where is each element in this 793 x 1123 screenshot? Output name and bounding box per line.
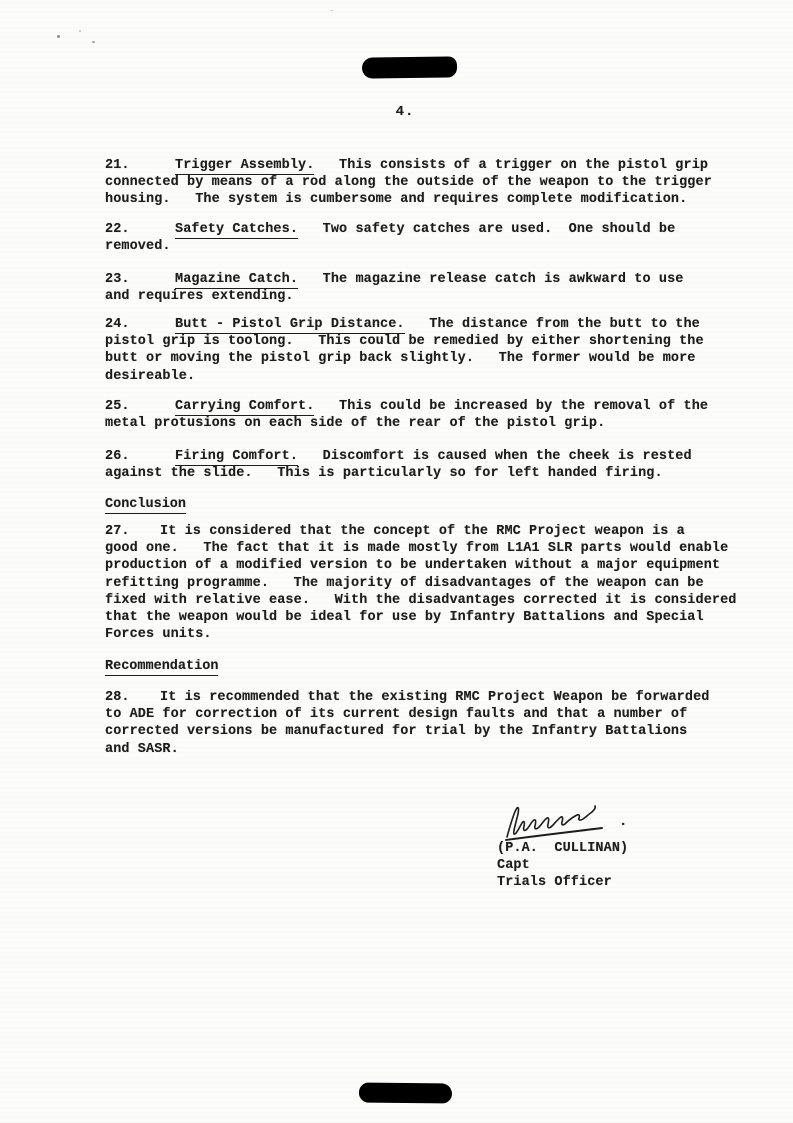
signatory-rank: Capt [497, 857, 628, 874]
paragraph-first-line: 23.Magazine Catch. The magazine release … [105, 271, 684, 288]
paragraph-24: 24.Butt - Pistol Grip Distance. The dist… [105, 316, 704, 385]
paragraph-text: housing. The system is cumbersome and re… [105, 191, 712, 208]
handwritten-signature-icon [500, 802, 615, 844]
paragraph-text: refitting programme. The majority of dis… [105, 575, 737, 592]
paragraph-number: 21. [105, 157, 175, 174]
paragraph-text: production of a modified version to be u… [105, 557, 737, 574]
paragraph-text: metal protusions on each side of the rea… [105, 415, 708, 432]
paragraph-21: 21.Trigger Assembly. This consists of a … [105, 157, 712, 209]
scan-speck [57, 35, 60, 38]
signatory-name: (P.A. CULLINAN) [497, 840, 628, 857]
signature-period: . [619, 814, 627, 830]
paragraph-heading: Carrying Comfort. [175, 399, 314, 416]
paragraph-number: 22. [105, 221, 175, 238]
paragraph-text: Forces units. [105, 626, 737, 643]
paragraph-first-line: 22.Safety Catches. Two safety catches ar… [105, 221, 675, 238]
paragraph-text: against the slide. This is particularly … [105, 465, 692, 482]
paragraph-number: 27. [105, 523, 160, 540]
conclusion-heading: Conclusion [105, 496, 186, 513]
paragraph-text: corrected versions be manufactured for t… [105, 723, 710, 740]
paragraph-text: removed. [105, 238, 675, 255]
paragraph-text: Two safety catches are used. One should … [298, 222, 675, 237]
paragraph-first-line: 26.Firing Comfort. Discomfort is caused … [105, 448, 692, 465]
paragraph-text: The magazine release catch is awkward to… [298, 272, 683, 287]
paragraph-first-line: 27.It is considered that the concept of … [105, 523, 737, 540]
signatory-title: Trials Officer [497, 874, 628, 891]
document-page: 4. 21.Trigger Assembly. This consists of… [0, 0, 793, 1123]
paragraph-text: that the weapon would be ideal for use b… [105, 609, 737, 626]
paragraph-27: 27.It is considered that the concept of … [105, 523, 737, 643]
paragraph-text: connected by means of a rod along the ou… [105, 174, 712, 191]
paragraph-text: good one. The fact that it is made mostl… [105, 540, 737, 557]
paragraph-25: 25.Carrying Comfort. This could be incre… [105, 398, 708, 432]
paragraph-number: 24. [105, 316, 175, 333]
paragraph-first-line: 28.It is recommended that the existing R… [105, 689, 710, 706]
paragraph-text: This consists of a trigger on the pistol… [314, 158, 708, 173]
paragraph-text: to ADE for correction of its current des… [105, 706, 710, 723]
paragraph-number: 25. [105, 398, 175, 415]
signature-block: (P.A. CULLINAN) Capt Trials Officer [497, 840, 628, 892]
paragraph-text: It is recommended that the existing RMC … [160, 690, 710, 705]
paragraph-heading: Safety Catches. [175, 222, 298, 239]
scan-speck [79, 30, 81, 32]
paragraph-heading: Trigger Assembly. [175, 158, 314, 175]
scan-speck [330, 10, 333, 11]
paragraph-text: and SASR. [105, 741, 710, 758]
paragraph-text: butt or moving the pistol grip back slig… [105, 350, 704, 367]
paragraph-number: 28. [105, 689, 160, 706]
paragraph-text: and requires extending. [105, 288, 684, 305]
paragraph-heading: Magazine Catch. [175, 272, 298, 289]
paragraph-text: Discomfort is caused when the cheek is r… [298, 449, 692, 464]
paragraph-23: 23.Magazine Catch. The magazine release … [105, 271, 684, 305]
redaction-bar-bottom [359, 1083, 452, 1104]
paragraph-text: It is considered that the concept of the… [160, 524, 685, 539]
paragraph-text: desireable. [105, 368, 704, 385]
paragraph-first-line: 24.Butt - Pistol Grip Distance. The dist… [105, 316, 704, 333]
paragraph-text: fixed with relative ease. With the disad… [105, 592, 737, 609]
paragraph-text: The distance from the butt to the [405, 317, 700, 332]
scan-speck [92, 41, 95, 43]
paragraph-number: 26. [105, 448, 175, 465]
paragraph-heading: Firing Comfort. [175, 449, 298, 466]
paragraph-first-line: 25.Carrying Comfort. This could be incre… [105, 398, 708, 415]
paragraph-22: 22.Safety Catches. Two safety catches ar… [105, 221, 675, 255]
paragraph-first-line: 21.Trigger Assembly. This consists of a … [105, 157, 712, 174]
paragraph-26: 26.Firing Comfort. Discomfort is caused … [105, 448, 692, 482]
paragraph-text: pistol grip is toolong. This could be re… [105, 333, 704, 350]
redaction-bar-top [362, 56, 457, 78]
paragraph-heading: Butt - Pistol Grip Distance. [175, 317, 405, 334]
paragraph-text: This could be increased by the removal o… [314, 399, 708, 414]
recommendation-heading: Recommendation [105, 658, 218, 675]
page-number: 4. [0, 104, 793, 120]
paragraph-number: 23. [105, 271, 175, 288]
paragraph-28: 28.It is recommended that the existing R… [105, 689, 710, 758]
